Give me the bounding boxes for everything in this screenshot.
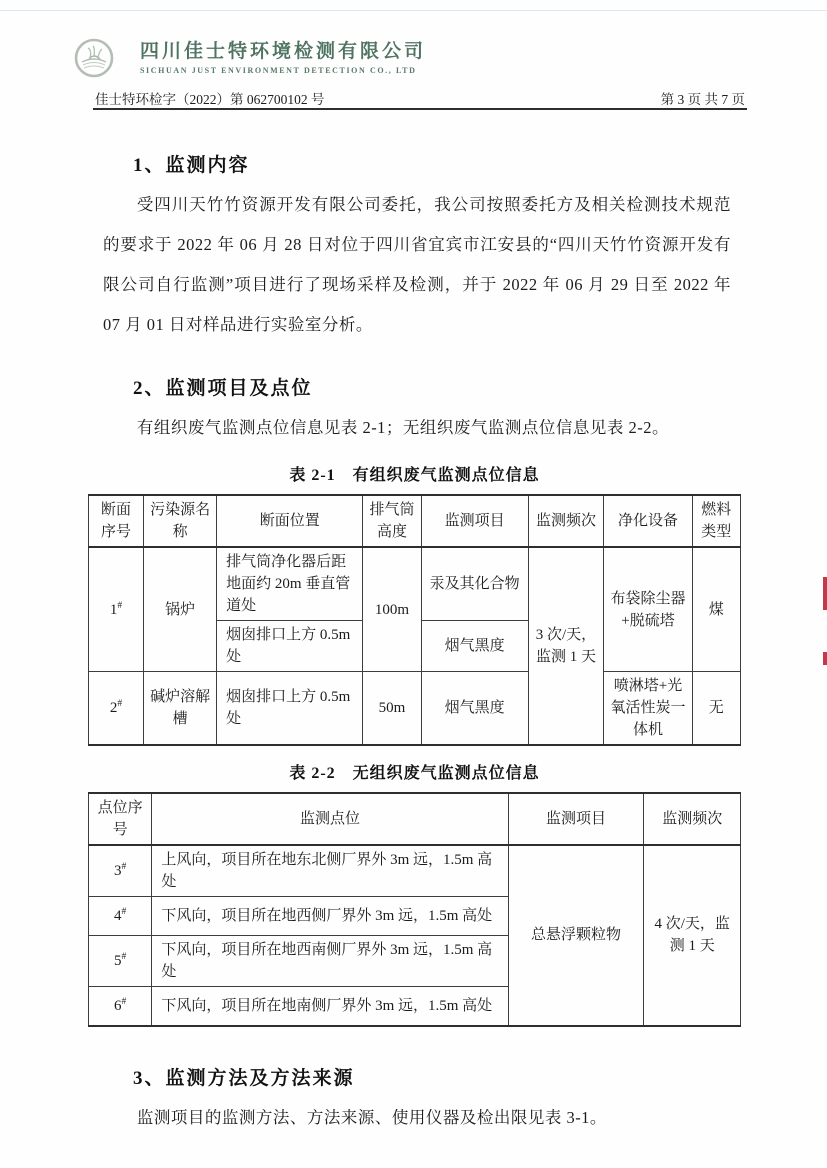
- cell-point-no-6: 6#: [89, 987, 152, 1026]
- document-meta-line: 佳士特环检字（2022）第 062700102 号 第 3 页 共 7 页: [95, 88, 745, 108]
- cell-section-no-1: 1#: [89, 547, 144, 672]
- cell-point-5: 下风向，项目所在地西南侧厂界外 3m 远，1.5m 高处: [152, 936, 508, 987]
- cell-item-1a: 汞及其化合物: [421, 547, 528, 621]
- table-2-1-caption: 表 2-1 有组织废气监测点位信息: [88, 462, 741, 485]
- cell-fuel-1: 煤: [692, 547, 740, 672]
- table-row: 2# 碱炉溶解槽 烟囱排口上方 0.5m 处 50m 烟气黑度 喷淋塔+光氧活性…: [89, 672, 741, 746]
- company-name-en: SICHUAN JUST ENVIRONMENT DETECTION CO., …: [140, 66, 426, 75]
- cell-frequency: 3 次/天，监测 1 天: [528, 547, 604, 745]
- point-no-value: 6: [114, 998, 122, 1014]
- cell-section-no-2: 2#: [89, 672, 144, 746]
- section-2-paragraph: 有组织废气监测点位信息见表 2-1；无组织废气监测点位信息见表 2-2。: [103, 408, 731, 448]
- cell-point-no-5: 5#: [89, 936, 152, 987]
- section-1-title: 1、监测内容: [133, 150, 741, 177]
- cell-source-2: 碱炉溶解槽: [144, 672, 217, 746]
- cell-frequency: 4 次/天，监测 1 天: [644, 845, 741, 1026]
- table-row: 1# 锅炉 排气筒净化器后距地面约 20m 垂直管道处 100m 汞及其化合物 …: [89, 547, 741, 621]
- col-header-section-pos: 断面位置: [217, 495, 363, 547]
- report-header: 四川佳士特环境检测有限公司 SICHUAN JUST ENVIRONMENT D…: [74, 36, 426, 78]
- col-header-frequency: 监测频次: [644, 793, 741, 845]
- point-no-value: 3: [114, 863, 122, 879]
- company-name-zh: 四川佳士特环境检测有限公司: [140, 36, 426, 63]
- col-header-item: 监测项目: [508, 793, 644, 845]
- cell-source-1: 锅炉: [144, 547, 217, 672]
- red-edge-mark-bottom: [823, 652, 827, 665]
- cell-device-2: 喷淋塔+光氧活性炭一体机: [604, 672, 692, 746]
- cell-point-no-3: 3#: [89, 845, 152, 897]
- cell-fuel-2: 无: [692, 672, 740, 746]
- cell-point-4: 下风向，项目所在地西侧厂界外 3m 远，1.5m 高处: [152, 897, 508, 936]
- table-2-2-header-row: 点位序号 监测点位 监测项目 监测频次: [89, 793, 741, 845]
- section-no-sup: #: [117, 601, 122, 611]
- point-no-sup: #: [122, 952, 127, 962]
- cell-position-2: 烟囱排口上方 0.5m 处: [217, 672, 363, 746]
- red-edge-mark-top: [823, 577, 827, 610]
- cell-point-no-4: 4#: [89, 897, 152, 936]
- section-no-sup: #: [117, 699, 122, 709]
- cell-item: 总悬浮颗粒物: [508, 845, 644, 1026]
- cell-position-1b: 烟囱排口上方 0.5m 处: [217, 621, 363, 672]
- page: { "colors": { "brand_green": "#4e7361", …: [0, 0, 827, 1168]
- col-header-fuel: 燃料类型: [692, 495, 740, 547]
- cell-point-6: 下风向，项目所在地南侧厂界外 3m 远，1.5m 高处: [152, 987, 508, 1026]
- table-2-2: 点位序号 监测点位 监测项目 监测频次 3# 上风向，项目所在地东北侧厂界外 3…: [88, 792, 741, 1027]
- cell-item-2: 烟气黑度: [421, 672, 528, 746]
- section-3-paragraph: 监测项目的监测方法、方法来源、使用仪器及检出限见表 3-1。: [103, 1098, 731, 1138]
- col-header-stack-height: 排气筒高度: [363, 495, 421, 547]
- cell-point-3: 上风向，项目所在地东北侧厂界外 3m 远，1.5m 高处: [152, 845, 508, 897]
- cell-stack-height-1: 100m: [363, 547, 421, 672]
- table-2-1: 断面序号 污染源名称 断面位置 排气筒高度 监测项目 监测频次 净化设备 燃料类…: [88, 494, 741, 746]
- page-content: 1、监测内容 受四川天竹竹资源开发有限公司委托，我公司按照委托方及相关检测技术规…: [88, 118, 741, 1138]
- point-no-sup: #: [122, 997, 127, 1007]
- table-2-1-header-row: 断面序号 污染源名称 断面位置 排气筒高度 监测项目 监测频次 净化设备 燃料类…: [89, 495, 741, 547]
- point-no-sup: #: [122, 862, 127, 872]
- col-header-device: 净化设备: [604, 495, 692, 547]
- col-header-item: 监测项目: [421, 495, 528, 547]
- col-header-point-no: 点位序号: [89, 793, 152, 845]
- col-header-point: 监测点位: [152, 793, 508, 845]
- point-no-value: 5: [114, 953, 122, 969]
- col-header-section-no: 断面序号: [89, 495, 144, 547]
- cell-item-1b: 烟气黑度: [421, 621, 528, 672]
- section-3-title: 3、监测方法及方法来源: [133, 1063, 741, 1090]
- cell-position-1a: 排气筒净化器后距地面约 20m 垂直管道处: [217, 547, 363, 621]
- cell-device-1: 布袋除尘器+脱硫塔: [604, 547, 692, 672]
- col-header-source-name: 污染源名称: [144, 495, 217, 547]
- doc-number: 佳士特环检字（2022）第 062700102 号: [95, 88, 325, 108]
- header-rule: [93, 108, 747, 110]
- page-indicator: 第 3 页 共 7 页: [661, 88, 745, 108]
- point-no-value: 4: [114, 908, 122, 924]
- section-1-paragraph: 受四川天竹竹资源开发有限公司委托，我公司按照委托方及相关检测技术规范的要求于 2…: [103, 185, 731, 345]
- section-2-title: 2、监测项目及点位: [133, 373, 741, 400]
- scan-artifact-line: [0, 10, 827, 11]
- cell-stack-height-2: 50m: [363, 672, 421, 746]
- col-header-frequency: 监测频次: [528, 495, 604, 547]
- company-seal-icon: [74, 38, 114, 78]
- table-2-2-caption: 表 2-2 无组织废气监测点位信息: [88, 760, 741, 783]
- table-row: 3# 上风向，项目所在地东北侧厂界外 3m 远，1.5m 高处 总悬浮颗粒物 4…: [89, 845, 741, 897]
- point-no-sup: #: [122, 907, 127, 917]
- brand-block: 四川佳士特环境检测有限公司 SICHUAN JUST ENVIRONMENT D…: [140, 36, 426, 75]
